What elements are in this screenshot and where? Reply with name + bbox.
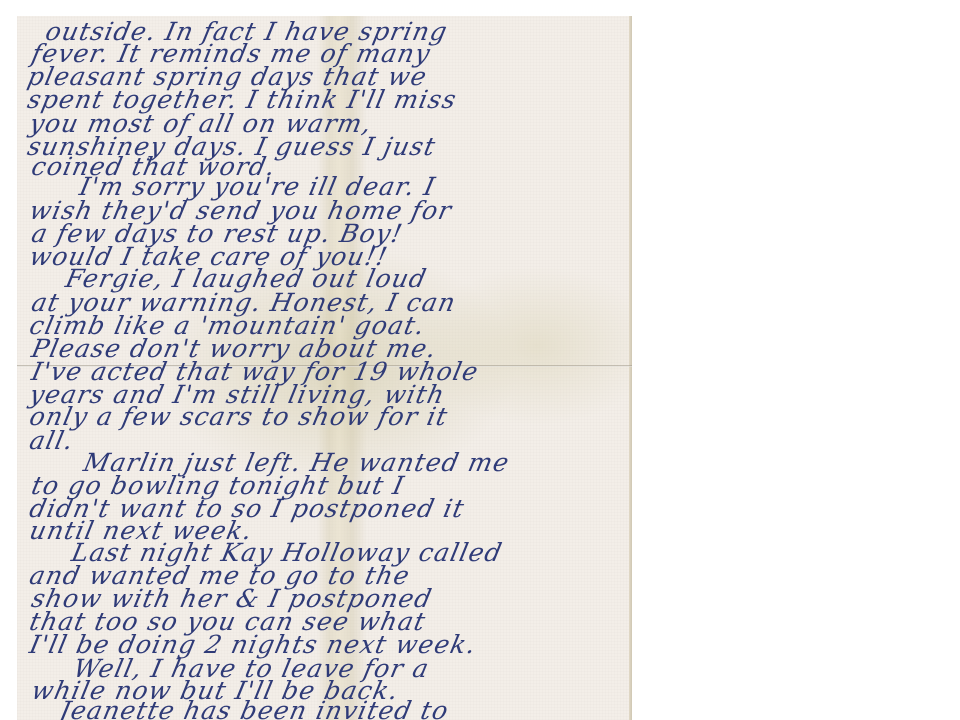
letter-line: all.: [27, 426, 77, 455]
letter-page: outside. In fact I have spring fever. It…: [17, 16, 632, 720]
letter-line: only a few scars to show for it: [27, 402, 451, 431]
paper-edge: [629, 16, 632, 720]
letter-line: Jeanette has been invited to: [57, 696, 452, 720]
